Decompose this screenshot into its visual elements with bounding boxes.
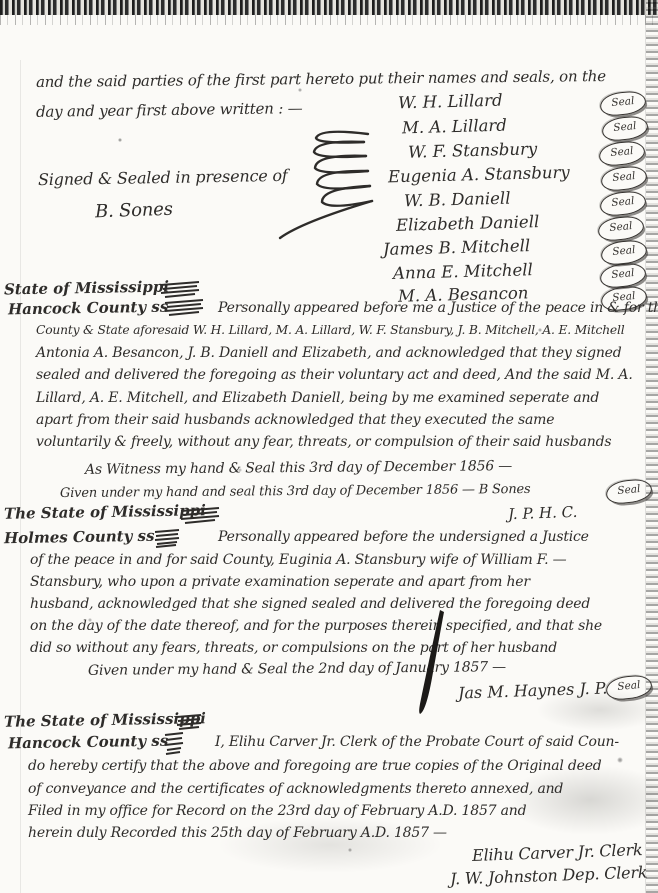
- cert-body-line: herein duly Recorded this 25th day of Fe…: [28, 825, 447, 841]
- ack2-county-caption: Holmes County ss: [4, 527, 155, 548]
- seal-stamp: Seal: [600, 165, 648, 192]
- ack1-body-line: Lillard, A. E. Mitchell, and Elizabeth D…: [36, 390, 599, 406]
- cert-body-line: of conveyance and the certificates of ac…: [28, 781, 563, 797]
- ack2-body-line: Personally appeared before the undersign…: [218, 529, 589, 545]
- ack1-given-line: Given under my hand and seal this 3rd da…: [60, 482, 531, 501]
- ack1-body-line: Antonia A. Besancon, J. B. Daniell and E…: [36, 345, 622, 361]
- ack1-county-caption: Hancock County ss: [8, 298, 168, 319]
- opening-line-1: and the said parties of the first part h…: [36, 67, 606, 91]
- cert-body-line: Filed in my office for Record on the 23r…: [28, 803, 526, 819]
- opening-line-2: day and year first above written : —: [36, 99, 303, 121]
- signature-name: Anna E. Mitchell: [393, 260, 533, 283]
- squiggle-flourish-icon: [174, 714, 204, 732]
- ack1-witness-line: As Witness my hand & Seal this 3rd day o…: [85, 458, 512, 478]
- seal-stamp: Seal: [599, 90, 647, 117]
- seal-stamp: Seal: [597, 215, 645, 242]
- seal-stamp: Seal: [600, 239, 648, 266]
- ack1-body-line: County & State aforesaid W. H. Lillard, …: [36, 323, 624, 337]
- scan-noise-right-band: [646, 0, 658, 893]
- signature-name: M. A. Lillard: [402, 116, 507, 138]
- ack2-body-line: husband, acknowledged that she signed se…: [30, 596, 590, 612]
- scan-noise-top-band: [0, 0, 658, 15]
- ack1-officer-title: J. P. H. C.: [508, 503, 578, 523]
- scanned-deed-page: and the said parties of the first part h…: [0, 0, 658, 893]
- squiggle-flourish-icon: [152, 528, 182, 548]
- signature-name: James B. Mitchell: [383, 236, 531, 259]
- ack2-body-line: did so without any fears, threats, or co…: [30, 640, 557, 656]
- seal-stamp: Seal: [599, 262, 647, 289]
- signature-name: W. B. Daniell: [404, 189, 511, 211]
- signature-name: W. H. Lillard: [398, 91, 503, 113]
- left-margin-rule: [20, 60, 21, 893]
- ack1-body-line: sealed and delivered the foregoing as th…: [36, 367, 633, 383]
- cert-county-caption: Hancock County ss: [8, 732, 168, 753]
- ack1-body-line: Personally appeared before me a Justice …: [218, 300, 658, 316]
- right-margin-rule: [645, 0, 646, 893]
- deputy-clerk-signature: J. W. Johnston Dep. Clerk: [450, 863, 648, 889]
- squiggle-flourish-icon: [158, 281, 202, 299]
- witness-signature: B. Sones: [95, 199, 173, 223]
- cert-body-line: I, Elihu Carver Jr. Clerk of the Probate…: [215, 734, 619, 750]
- signature-name: Eugenia A. Stansbury: [388, 163, 570, 187]
- squiggle-flourish-icon: [162, 299, 206, 317]
- ack1-state-caption: State of Mississippi: [4, 278, 169, 299]
- ack1-body-line: voluntarily & freely, without any fear, …: [36, 434, 611, 450]
- ink-blot: [414, 608, 448, 716]
- seal-stamp: Seal: [599, 190, 647, 217]
- attestation-line: Signed & Sealed in presence of: [38, 166, 288, 189]
- seal-stamp: Seal: [598, 140, 646, 167]
- ack2-body-line: of the peace in and for said County, Eug…: [30, 552, 566, 568]
- clerk-signature: Elihu Carver Jr. Clerk: [472, 840, 643, 865]
- signature-name: Elizabeth Daniell: [396, 212, 540, 235]
- ack2-body-line: Stansbury, who upon a private examinatio…: [30, 574, 530, 590]
- cert-body-line: do hereby certify that the above and for…: [28, 758, 602, 774]
- seal-stamp: Seal: [601, 115, 649, 142]
- ack2-state-caption: The State of Mississippi: [4, 501, 206, 523]
- squiggle-flourish-icon: [178, 507, 222, 525]
- scan-noise-top-fade: [0, 15, 658, 25]
- signature-name: W. F. Stansbury: [408, 139, 538, 161]
- spiral-flourish-icon: [272, 126, 382, 248]
- squiggle-flourish-icon: [162, 731, 186, 755]
- ack2-officer-signature: Jas M. Haynes J. P.: [458, 678, 608, 702]
- ack2-body-line: on the day of the date thereof, and for …: [30, 618, 602, 634]
- ack1-body-line: apart from their said husbands acknowled…: [36, 412, 554, 428]
